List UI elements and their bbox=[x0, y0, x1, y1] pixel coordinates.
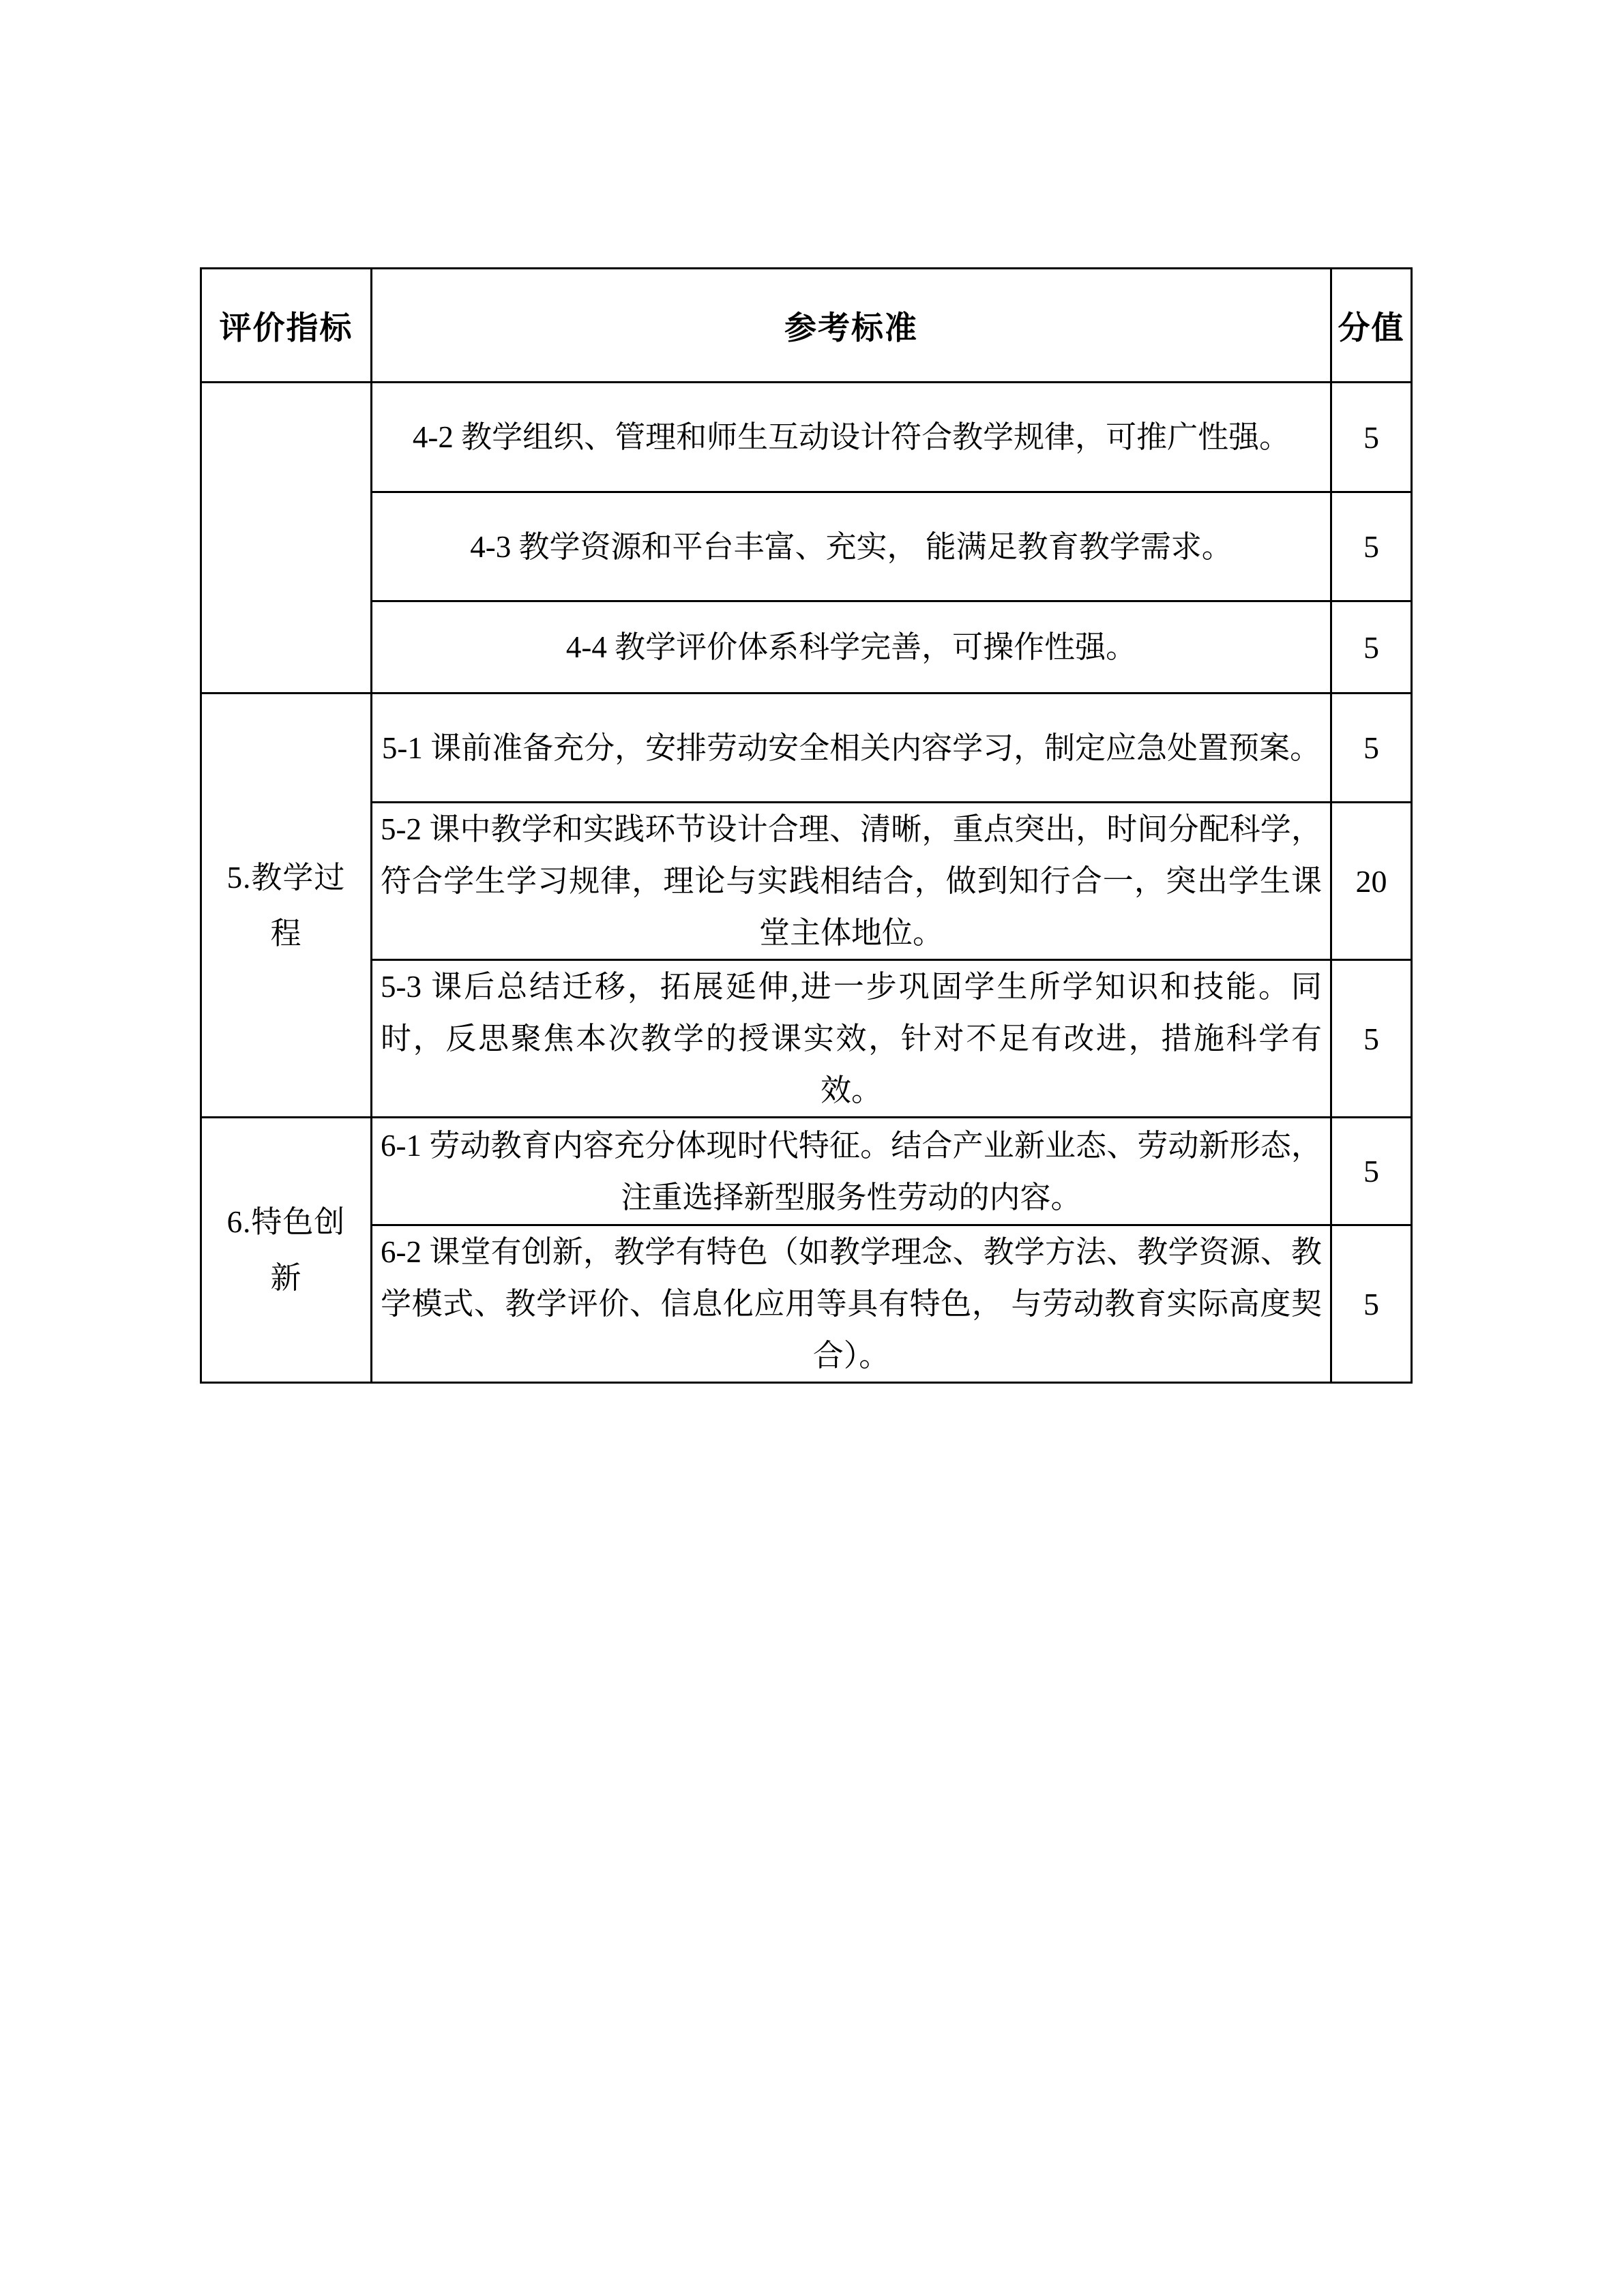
header-cell-reference-standard: 参考标准 bbox=[372, 269, 1331, 383]
table-row-5-1: 5.教学过程 5-1 课前准备充分，安排劳动安全相关内容学习，制定应急处置预案。… bbox=[201, 694, 1412, 803]
score-cell-6-1: 5 bbox=[1331, 1118, 1412, 1225]
score-cell-5-3: 5 bbox=[1331, 960, 1412, 1118]
document-page: 评价指标 参考标准 分值 4-2 教学组织、管理和师生互动设计符合教学规律，可推… bbox=[0, 0, 1624, 2296]
criteria-cell-4-2: 4-2 教学组织、管理和师生互动设计符合教学规律，可推广性强。 bbox=[372, 383, 1331, 492]
table-row-4-2: 4-2 教学组织、管理和师生互动设计符合教学规律，可推广性强。 5 bbox=[201, 383, 1412, 492]
header-cell-evaluation-index: 评价指标 bbox=[201, 269, 372, 383]
score-cell-6-2: 5 bbox=[1331, 1225, 1412, 1383]
score-cell-5-1: 5 bbox=[1331, 694, 1412, 803]
group-label-cell-4 bbox=[201, 383, 372, 694]
table-row-5-3: 5-3 课后总结迁移，拓展延伸,进一步巩固学生所学知识和技能。同时，反思聚焦本次… bbox=[201, 960, 1412, 1118]
table-row-6-2: 6-2 课堂有创新，教学有特色（如教学理念、教学方法、教学资源、教学模式、教学评… bbox=[201, 1225, 1412, 1383]
score-cell-4-4: 5 bbox=[1331, 601, 1412, 694]
group-label-cell-distinctive-innovation: 6.特色创新 bbox=[201, 1118, 372, 1383]
criteria-cell-5-1: 5-1 课前准备充分，安排劳动安全相关内容学习，制定应急处置预案。 bbox=[372, 694, 1331, 803]
header-cell-score: 分值 bbox=[1331, 269, 1412, 383]
score-cell-4-3: 5 bbox=[1331, 492, 1412, 601]
table-row-4-3: 4-3 教学资源和平台丰富、充实， 能满足教育教学需求。 5 bbox=[201, 492, 1412, 601]
criteria-cell-4-4: 4-4 教学评价体系科学完善，可操作性强。 bbox=[372, 601, 1331, 694]
evaluation-rubric-table: 评价指标 参考标准 分值 4-2 教学组织、管理和师生互动设计符合教学规律，可推… bbox=[200, 267, 1413, 1384]
criteria-cell-5-2: 5-2 课中教学和实践环节设计合理、清晰，重点突出，时间分配科学，符合学生学习规… bbox=[372, 803, 1331, 960]
score-cell-5-2: 20 bbox=[1331, 803, 1412, 960]
criteria-cell-5-3: 5-3 课后总结迁移，拓展延伸,进一步巩固学生所学知识和技能。同时，反思聚焦本次… bbox=[372, 960, 1331, 1118]
table-header-row: 评价指标 参考标准 分值 bbox=[201, 269, 1412, 383]
score-cell-4-2: 5 bbox=[1331, 383, 1412, 492]
table-row-5-2: 5-2 课中教学和实践环节设计合理、清晰，重点突出，时间分配科学，符合学生学习规… bbox=[201, 803, 1412, 960]
criteria-cell-6-2: 6-2 课堂有创新，教学有特色（如教学理念、教学方法、教学资源、教学模式、教学评… bbox=[372, 1225, 1331, 1383]
table-row-6-1: 6.特色创新 6-1 劳动教育内容充分体现时代特征。结合产业新业态、劳动新形态，… bbox=[201, 1118, 1412, 1225]
group-label-cell-teaching-process: 5.教学过程 bbox=[201, 694, 372, 1118]
table-row-4-4: 4-4 教学评价体系科学完善，可操作性强。 5 bbox=[201, 601, 1412, 694]
criteria-cell-4-3: 4-3 教学资源和平台丰富、充实， 能满足教育教学需求。 bbox=[372, 492, 1331, 601]
criteria-cell-6-1: 6-1 劳动教育内容充分体现时代特征。结合产业新业态、劳动新形态，注重选择新型服… bbox=[372, 1118, 1331, 1225]
